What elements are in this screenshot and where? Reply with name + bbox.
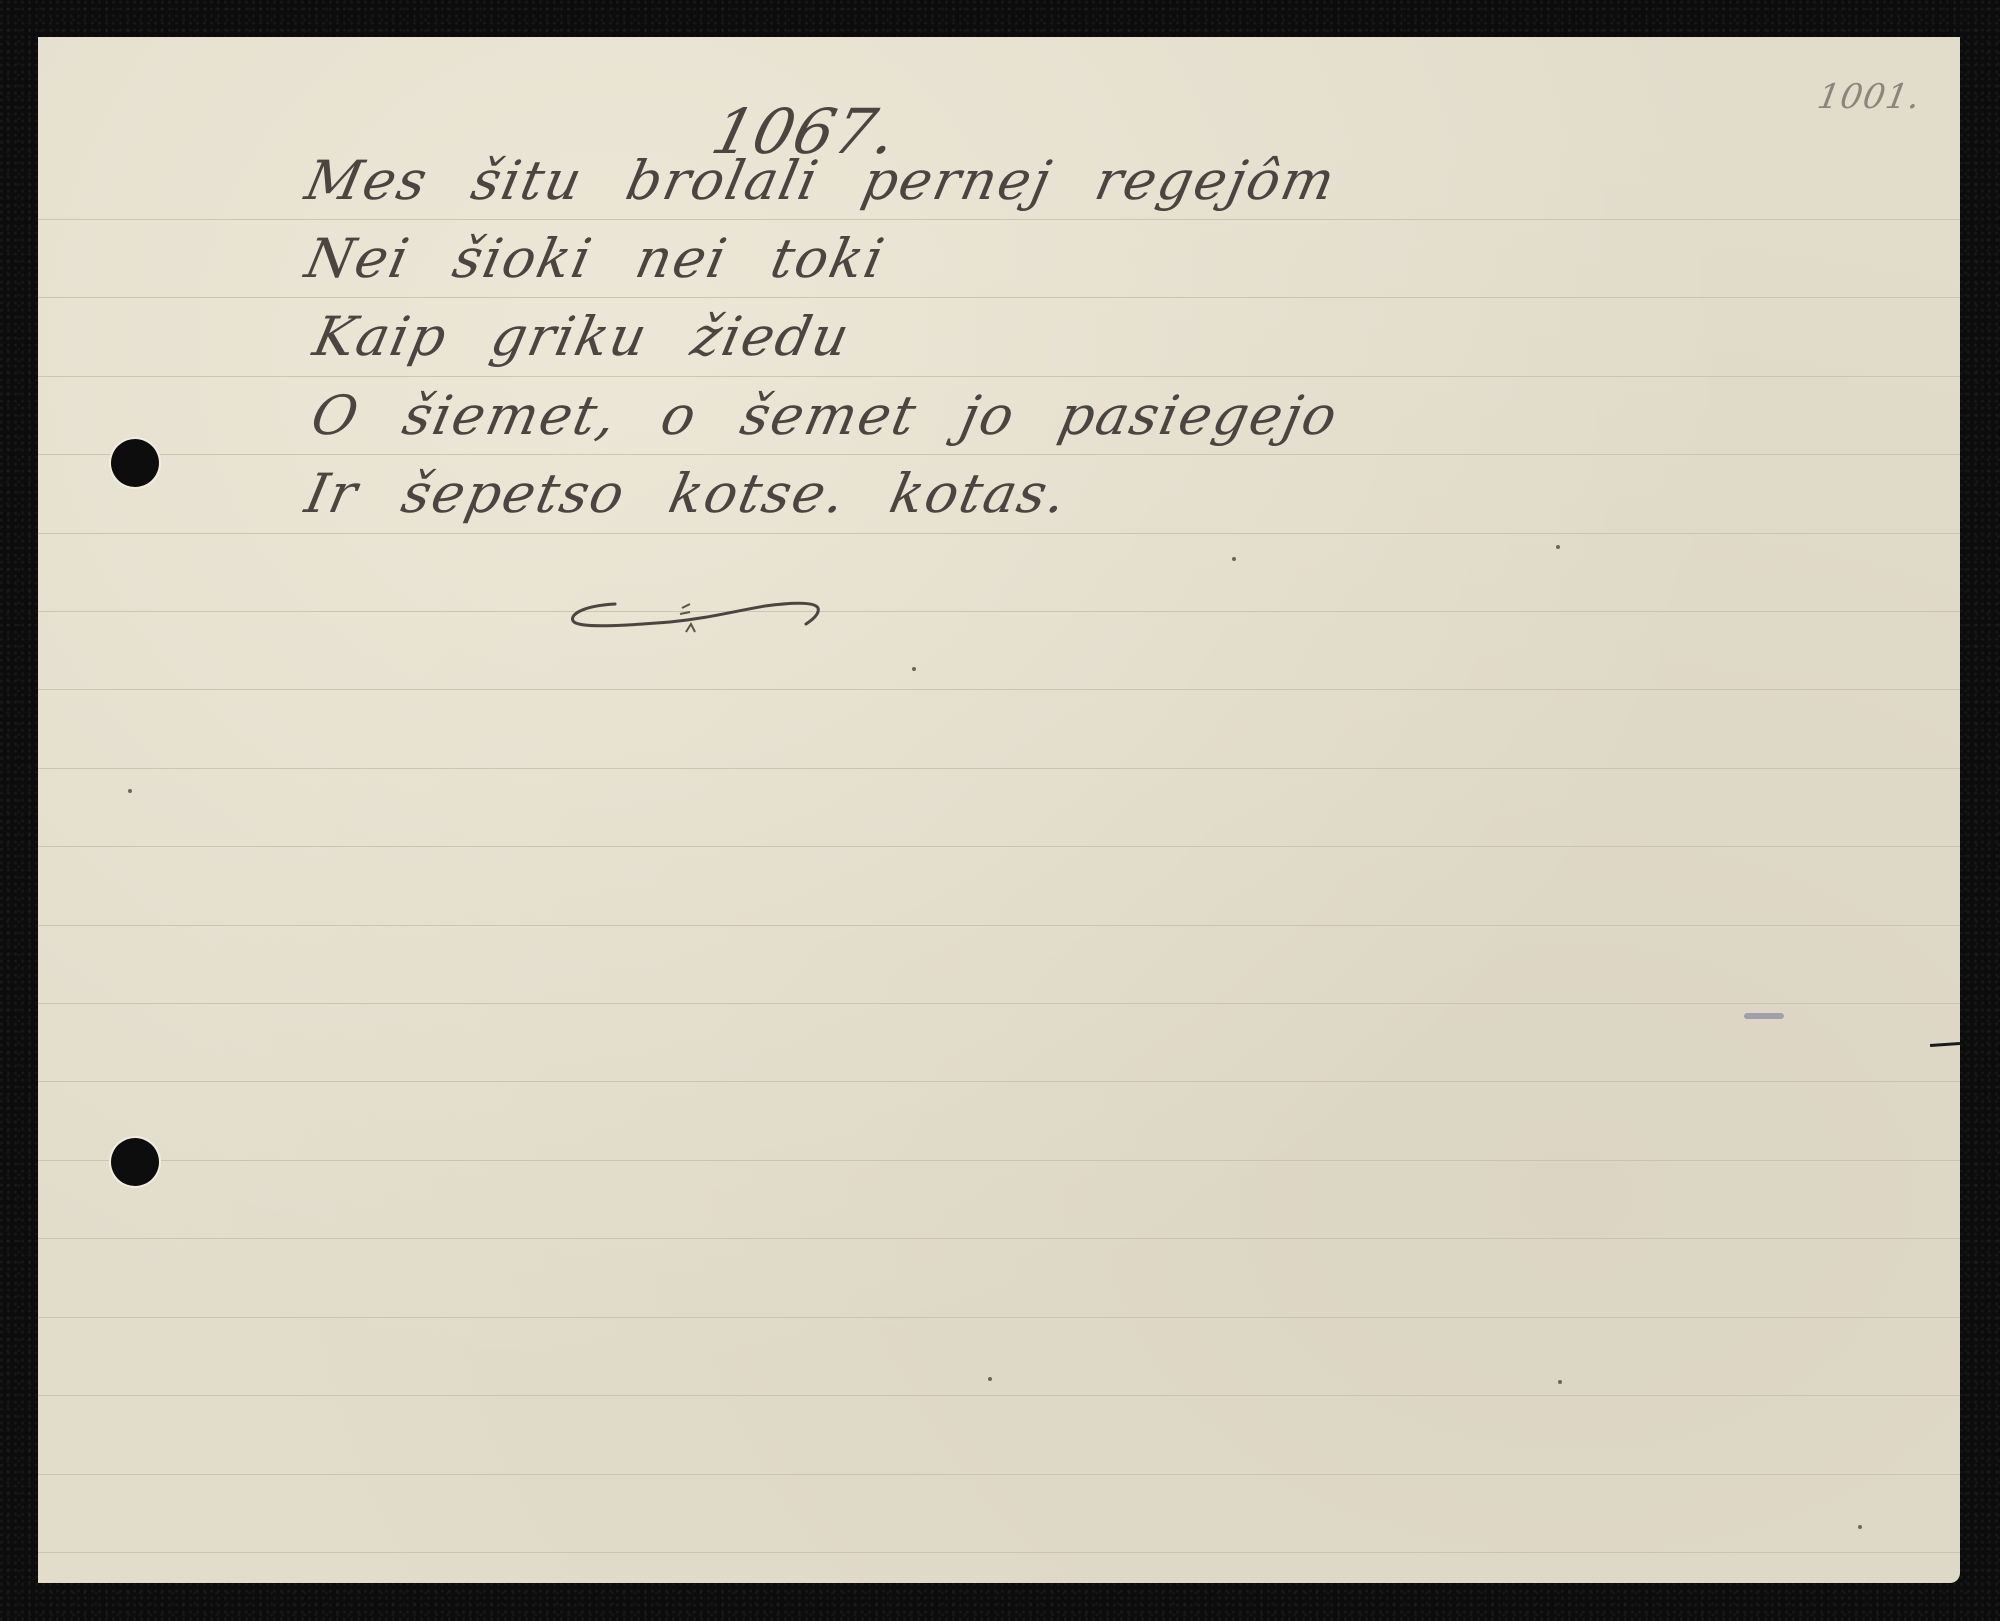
verse-line-4: O šiemet, o šemet jo pasiegejo <box>306 384 1344 447</box>
ruled-line <box>38 1081 1960 1082</box>
verse-line-2: Nei šioki nei toki <box>300 227 891 290</box>
ruled-line <box>38 1474 1960 1475</box>
ruled-line <box>38 768 1960 769</box>
manuscript-page: 1001. 1067. Mes šitu brolali pernej rege… <box>38 37 1960 1583</box>
ruled-line <box>38 1238 1960 1239</box>
paper-speck <box>1858 1525 1862 1529</box>
ruled-line <box>38 1317 1960 1318</box>
ruled-line <box>38 925 1960 926</box>
ruled-line <box>38 219 1960 220</box>
paper-speck <box>1556 545 1560 549</box>
ruled-line <box>38 1395 1960 1396</box>
ruled-line <box>38 533 1960 534</box>
ruled-line <box>38 1003 1960 1004</box>
paper-speck <box>128 789 132 793</box>
paper-speck <box>988 1377 992 1381</box>
paper-speck <box>1558 1380 1562 1384</box>
punch-hole-upper <box>111 439 159 487</box>
ruled-line <box>38 611 1960 612</box>
ruled-line <box>38 297 1960 298</box>
verse-line-3: Kaip griku žiedu <box>308 305 856 368</box>
ruled-line <box>38 1552 1960 1553</box>
paper-speck <box>912 667 916 671</box>
ruled-line <box>38 846 1960 847</box>
ruled-line <box>38 689 1960 690</box>
verse-line-1: Mes šitu brolali pernej regejôm <box>300 149 1342 212</box>
ruled-line <box>38 376 1960 377</box>
paper-edge-tear <box>1930 1042 1960 1047</box>
closing-flourish-icon <box>560 582 830 642</box>
ruled-line <box>38 454 1960 455</box>
ink-smudge <box>1744 1013 1784 1019</box>
archive-number-note: 1001. <box>1814 77 1923 117</box>
ruled-line <box>38 1160 1960 1161</box>
punch-hole-lower <box>111 1138 159 1186</box>
paper-speck <box>1232 557 1236 561</box>
verse-line-5: Ir šepetso kotse. kotas. <box>300 462 1074 525</box>
